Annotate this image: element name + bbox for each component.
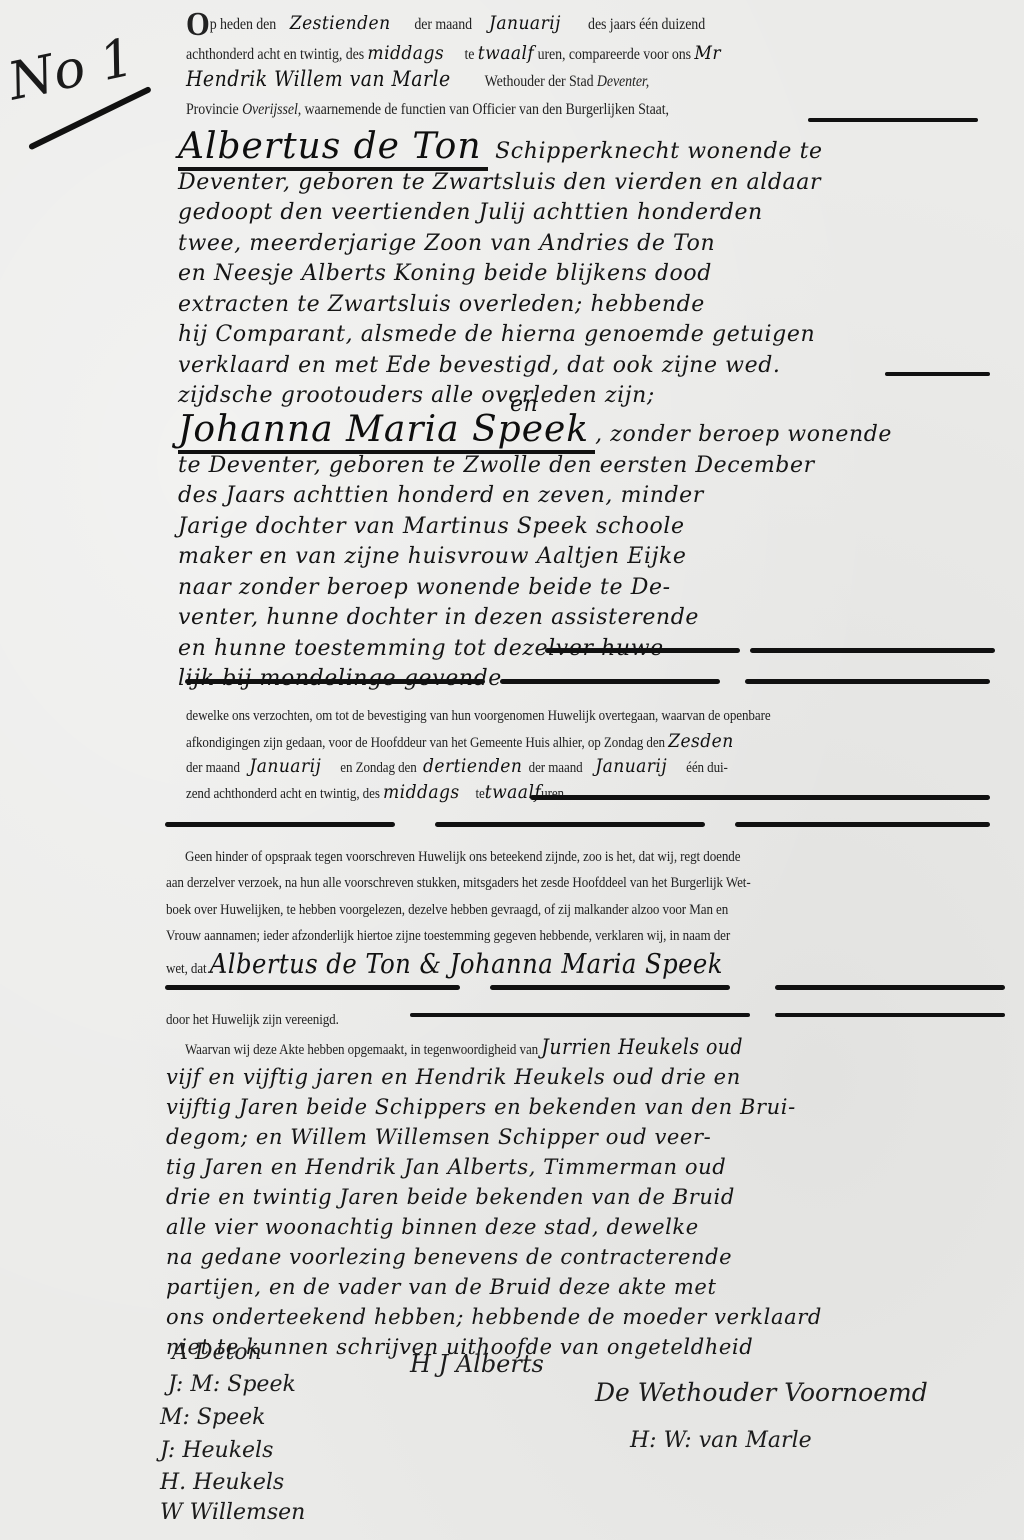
day-field: Zestienden bbox=[290, 12, 391, 34]
drop-cap: O bbox=[186, 6, 210, 43]
groom-text: zijdsche grootouders alle overleden zijn… bbox=[178, 381, 984, 412]
fill-rule bbox=[490, 985, 730, 990]
header-line-3: Hendrik Willem van Marle Wethouder der S… bbox=[186, 68, 904, 93]
printed-text: der maand bbox=[414, 16, 472, 33]
groom-text: hij Comparant, alsmede de hierna genoemd… bbox=[178, 320, 984, 351]
fill-rule bbox=[808, 118, 978, 122]
fill-rule bbox=[885, 372, 990, 376]
witness-text: niet te kunnen schrijven uithoofde van o… bbox=[166, 1332, 984, 1362]
fill-rule bbox=[185, 679, 485, 684]
printed-text: Provincie bbox=[186, 101, 239, 118]
declaration-line-1: Geen hinder of opspraak tegen voorschrev… bbox=[185, 846, 904, 869]
title-abbr: Mr bbox=[694, 42, 721, 64]
month-field: Januarij bbox=[489, 12, 561, 34]
witness-text: partijen, en de vader van de Bruid deze … bbox=[166, 1272, 984, 1302]
record-number: No 1 bbox=[3, 28, 139, 113]
printed-text: te bbox=[476, 786, 485, 802]
witness-block: vijf en vijftig jaren en Hendrik Heukels… bbox=[166, 1062, 984, 1362]
signature-bride: M: Speek bbox=[160, 1405, 265, 1430]
printed-text: één dui- bbox=[686, 760, 728, 776]
groom-text: Schipperknecht wonende te bbox=[495, 139, 823, 164]
fill-rule bbox=[165, 985, 460, 990]
signature-witness-2: H. Heukels bbox=[160, 1470, 284, 1495]
signature-official: H: W: van Marle bbox=[630, 1428, 812, 1453]
witness-text: vijf en vijftig jaren en Hendrik Heukels… bbox=[166, 1062, 984, 1092]
printed-text: wet, dat bbox=[166, 961, 207, 977]
printed-text: des jaars één duizend bbox=[588, 16, 705, 33]
header-line-4: Provincie Overijssel, waarnemende de fun… bbox=[186, 98, 904, 121]
groom-text: verklaard en met Ede bevestigd, dat ook … bbox=[178, 351, 984, 382]
official-title: De Wethouder Voornoemd bbox=[595, 1378, 928, 1407]
groom-text: en Neesje Alberts Koning beide blijkens … bbox=[178, 259, 984, 290]
printed-text: der maand bbox=[186, 760, 240, 776]
witness-text: degom; en Willem Willemsen Schipper oud … bbox=[166, 1122, 984, 1152]
second-month-field: Januarij bbox=[595, 755, 667, 777]
printed-text: achthonderd acht en twintig, des bbox=[186, 46, 364, 63]
printed-text: der maand bbox=[529, 760, 583, 776]
fill-rule bbox=[745, 679, 990, 684]
fill-rule bbox=[165, 822, 395, 827]
bride-text: des Jaars achttien honderd en zeven, min… bbox=[178, 481, 984, 512]
bride-line-1: Johanna Maria Speek, zonder beroep wonen… bbox=[178, 415, 984, 451]
bride-text: , zonder beroep wonende bbox=[595, 422, 892, 447]
document-page: No 1 Op heden den Zestienden der maand J… bbox=[0, 0, 1024, 1540]
bride-text: Jarige dochter van Martinus Speek school… bbox=[178, 512, 984, 543]
printed-text: afkondigingen zijn gedaan, voor de Hoofd… bbox=[186, 735, 665, 751]
official-name-field: Hendrik Willem van Marle bbox=[186, 67, 451, 91]
groom-text: extracten te Zwartsluis overleden; hebbe… bbox=[178, 290, 984, 321]
printed-text: p heden den bbox=[210, 16, 276, 33]
groom-name: Albertus de Ton bbox=[178, 126, 488, 171]
printed-text: en Zondag den bbox=[340, 760, 416, 776]
printed-text: zend achthonderd acht en twintig, des bbox=[186, 786, 380, 802]
signature-father: J: M: Speek bbox=[168, 1372, 296, 1397]
city-name: Deventer, bbox=[597, 73, 649, 90]
fill-rule bbox=[435, 822, 705, 827]
witness-text: alle vier woonachtig binnen deze stad, d… bbox=[166, 1212, 984, 1242]
witness-text: vijftig Jaren beide Schippers en bekende… bbox=[166, 1092, 984, 1122]
printed-text: uren, compareerde voor ons bbox=[538, 46, 691, 63]
signature-witness-4: H J Alberts bbox=[410, 1350, 544, 1378]
fill-rule bbox=[775, 1013, 1005, 1017]
fill-rule bbox=[500, 679, 720, 684]
proclamation-line-1: dewelke ons verzochten, om tot de bevest… bbox=[186, 705, 904, 728]
proclamation-line-3: der maand Januarij en Zondag den dertien… bbox=[186, 755, 904, 780]
signature-witness-1: J: Heukels bbox=[160, 1438, 273, 1463]
fill-rule bbox=[545, 648, 740, 653]
signature-groom: A Deton bbox=[172, 1340, 262, 1365]
first-day-field: Zesden bbox=[668, 730, 734, 752]
witness-text: ons onderteekend hebben; hebbende de moe… bbox=[166, 1302, 984, 1332]
bride-text: naar zonder beroep wonende beide te De- bbox=[178, 573, 984, 604]
proclamation-line-4: zend achthonderd acht en twintig, des mi… bbox=[186, 781, 904, 806]
groom-text: twee, meerderjarige Zoon van Andries de … bbox=[178, 229, 984, 260]
groom-text: Deventer, geboren te Zwartsluis den vier… bbox=[178, 168, 984, 199]
proclamation-line-2: afkondigingen zijn gedaan, voor de Hoofd… bbox=[186, 730, 904, 755]
printed-text: Waarvan wij deze Akte hebben opgemaakt, … bbox=[185, 1042, 538, 1058]
fill-rule bbox=[735, 822, 990, 827]
header-line-2: achthonderd acht en twintig, des middags… bbox=[186, 42, 904, 66]
witness-text: tig Jaren en Hendrik Jan Alberts, Timmer… bbox=[166, 1152, 984, 1182]
fill-rule bbox=[750, 648, 995, 653]
groom-line-1: Albertus de Ton Schipperknecht wonende t… bbox=[178, 132, 984, 168]
fill-rule bbox=[530, 795, 990, 800]
witness-text: na gedane voorlezing benevens de contrac… bbox=[166, 1242, 984, 1272]
declaration-line-3: boek over Huwelijken, te hebben voorgele… bbox=[166, 899, 902, 922]
province-name: Overijssel, bbox=[242, 101, 301, 118]
bride-text: maker en van zijne huisvrouw Aaltjen Eij… bbox=[178, 542, 984, 573]
fill-rule bbox=[410, 1013, 750, 1017]
second-day-field: dertienden bbox=[423, 755, 522, 777]
declaration-line-4: Vrouw aannamen; ieder afzonderlijk hiert… bbox=[166, 925, 902, 948]
groom-block: Albertus de Ton Schipperknecht wonende t… bbox=[178, 132, 984, 412]
printed-text: te bbox=[464, 46, 474, 63]
declaration-line-2: aan derzelver verzoek, na hun alle voors… bbox=[166, 872, 902, 895]
first-month-field: Januarij bbox=[249, 755, 321, 777]
bride-name: Johanna Maria Speek bbox=[178, 409, 595, 454]
bride-text: te Deventer, geboren te Zwolle den eerst… bbox=[178, 451, 984, 482]
first-witness: Jurrien Heukels oud bbox=[541, 1035, 743, 1059]
time-of-day-field: middags bbox=[367, 42, 444, 64]
fill-rule bbox=[775, 985, 1005, 990]
printed-text: Wethouder der Stad bbox=[485, 73, 594, 90]
witness-text: drie en twintig Jaren beide bekenden van… bbox=[166, 1182, 984, 1212]
witness-intro: Waarvan wij deze Akte hebben opgemaakt, … bbox=[185, 1036, 904, 1062]
time-of-day-field: middags bbox=[383, 781, 460, 803]
printed-text: waarnemende de functien van Officier van… bbox=[305, 101, 669, 118]
header-line-1: Op heden den Zestienden der maand Januar… bbox=[186, 12, 904, 36]
signature-witness-3: W Willemsen bbox=[160, 1500, 305, 1525]
declaration-line-5: wet, dat Albertus de Ton & Johanna Maria… bbox=[166, 953, 902, 981]
groom-text: gedoopt den veertienden Julij achttien h… bbox=[178, 198, 984, 229]
hour-field: twaalf bbox=[478, 42, 534, 64]
couple-names: Albertus de Ton & Johanna Maria Speek bbox=[210, 949, 723, 980]
bride-text: venter, hunne dochter in dezen assistere… bbox=[178, 603, 984, 634]
